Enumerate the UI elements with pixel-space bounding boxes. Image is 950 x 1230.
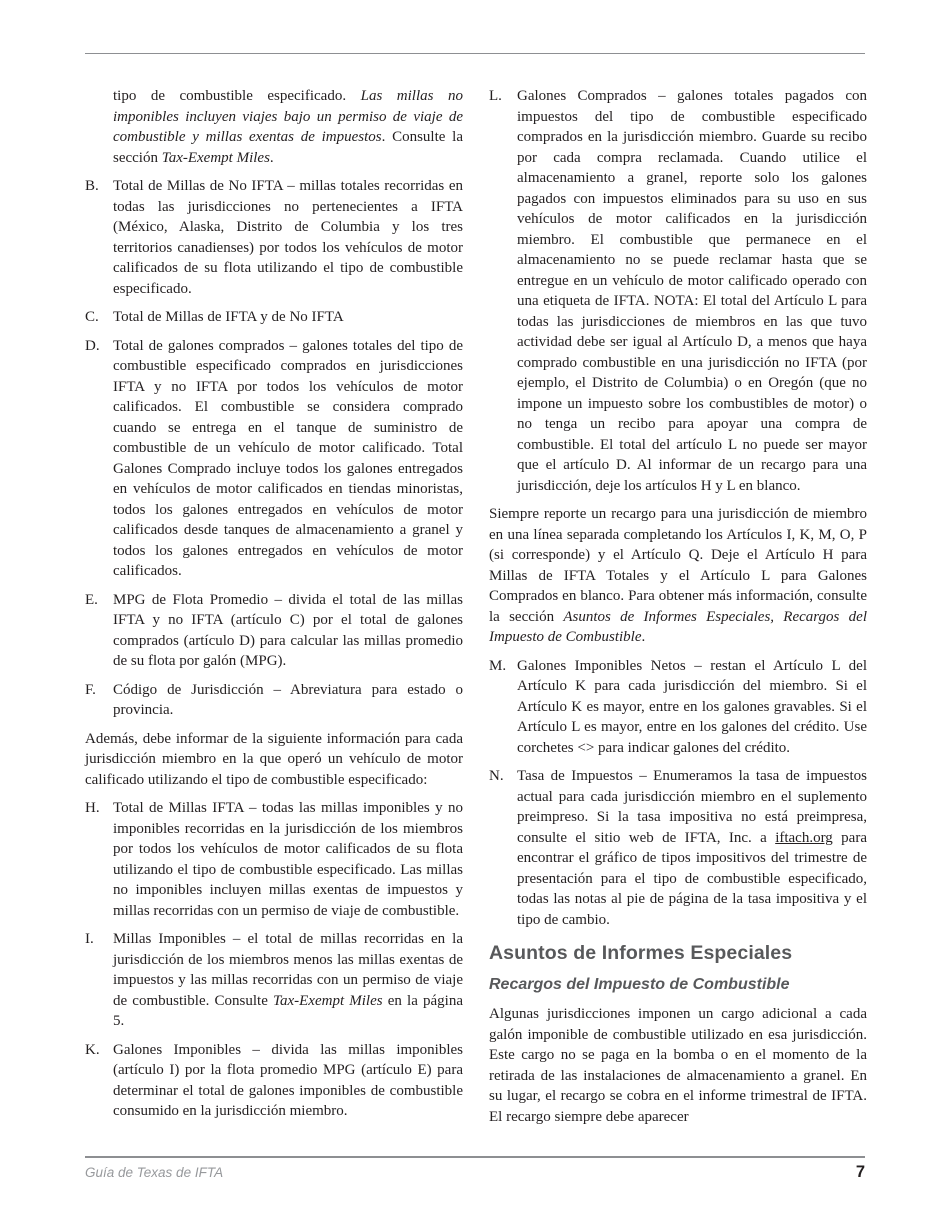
list-item-n: N. Tasa de Impuestos – Enumeramos la tas… — [489, 766, 867, 930]
text-segment: . — [270, 150, 274, 166]
list-item-h: H. Total de Millas IFTA – todas las mill… — [85, 798, 463, 921]
iftach-link[interactable]: iftach.org — [775, 830, 833, 846]
item-label-f: F. — [85, 680, 113, 721]
italic-segment: Tax-Exempt Miles — [273, 993, 383, 1009]
text-segment: Siempre reporte un recargo para una juri… — [489, 506, 867, 625]
subsection-heading-fuel-tax-surcharges: Recargos del Impuesto de Combustible — [489, 975, 867, 996]
item-text-b: Total de Millas de No IFTA – millas tota… — [113, 176, 463, 299]
page-footer: Guía de Texas de IFTA 7 — [85, 1163, 865, 1182]
list-item-i: I. Millas Imponibles – el total de milla… — [85, 929, 463, 1032]
list-item-b: B. Total de Millas de No IFTA – millas t… — [85, 176, 463, 299]
item-text-e: MPG de Flota Promedio – divida el total … — [113, 590, 463, 672]
footer-rule — [85, 1156, 865, 1158]
item-label-l: L. — [489, 86, 517, 496]
list-item-c: C. Total de Millas de IFTA y de No IFTA — [85, 307, 463, 328]
list-item-l: L. Galones Comprados – galones totales p… — [489, 86, 867, 496]
item-text-m: Galones Imponibles Netos – restan el Art… — [517, 656, 867, 759]
item-label-e: E. — [85, 590, 113, 672]
text-segment: . — [641, 629, 645, 645]
item-label-k: K. — [85, 1040, 113, 1122]
footer-page-number: 7 — [856, 1163, 865, 1182]
text-segment: tipo de combustible especificado. — [113, 88, 361, 104]
list-item-f: F. Código de Jurisdicción – Abreviatura … — [85, 680, 463, 721]
footer-doc-title: Guía de Texas de IFTA — [85, 1165, 223, 1180]
paragraph-ademas: Además, debe informar de la siguiente in… — [85, 729, 463, 791]
list-item-k: K. Galones Imponibles – divida las milla… — [85, 1040, 463, 1122]
item-text-d: Total de galones comprados – galones tot… — [113, 336, 463, 582]
item-label-n: N. — [489, 766, 517, 930]
list-item-m: M. Galones Imponibles Netos – restan el … — [489, 656, 867, 759]
item-text-f: Código de Jurisdicción – Abreviatura par… — [113, 680, 463, 721]
item-label-m: M. — [489, 656, 517, 759]
item-text-k: Galones Imponibles – divida las millas i… — [113, 1040, 463, 1122]
paragraph-fuel-type-continuation: tipo de combustible especificado. Las mi… — [85, 86, 463, 168]
paragraph-surcharge-intro: Algunas jurisdicciones imponen un cargo … — [489, 1004, 867, 1127]
item-label-c: C. — [85, 307, 113, 328]
list-item-e: E. MPG de Flota Promedio – divida el tot… — [85, 590, 463, 672]
item-text-c: Total de Millas de IFTA y de No IFTA — [113, 307, 463, 328]
item-text-n: Tasa de Impuestos – Enumeramos la tasa d… — [517, 766, 867, 930]
document-page: { "colors": { "body_text": "#231f20", "h… — [0, 0, 950, 1230]
page-content: tipo de combustible especificado. Las mi… — [85, 86, 867, 1135]
item-label-d: D. — [85, 336, 113, 582]
item-label-i: I. — [85, 929, 113, 1032]
paragraph-surcharge-reporting: Siempre reporte un recargo para una juri… — [489, 504, 867, 648]
item-text-l: Galones Comprados – galones totales paga… — [517, 86, 867, 496]
italic-segment: Tax-Exempt Miles — [162, 150, 270, 166]
item-text-h: Total de Millas IFTA – todas las millas … — [113, 798, 463, 921]
section-heading-special-reports: Asuntos de Informes Especiales — [489, 943, 867, 964]
left-column: tipo de combustible especificado. Las mi… — [85, 86, 463, 1135]
header-rule — [85, 53, 865, 54]
list-item-d: D. Total de galones comprados – galones … — [85, 336, 463, 582]
item-label-b: B. — [85, 176, 113, 299]
right-column: L. Galones Comprados – galones totales p… — [489, 86, 867, 1135]
item-text-i: Millas Imponibles – el total de millas r… — [113, 929, 463, 1032]
item-label-h: H. — [85, 798, 113, 921]
